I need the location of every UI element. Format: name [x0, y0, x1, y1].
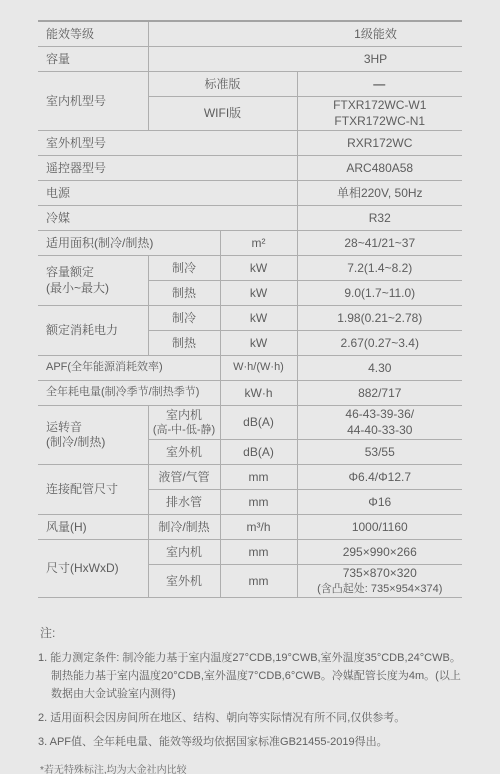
rated-capacity-cooling-unit: kW [220, 256, 297, 281]
rated-capacity-heating-value: 9.0(1.7~11.0) [297, 281, 462, 306]
applicable-area-value: 28~41/21~37 [297, 231, 462, 256]
row-power-supply: 电源 单相220V, 50Hz [38, 181, 462, 206]
rated-capacity-label-line1: 容量额定 [46, 265, 144, 281]
power-supply-value: 单相220V, 50Hz [297, 181, 462, 206]
apf-label: APF(全年能源消耗效率) [38, 356, 220, 381]
rated-power-cooling-label: 制冷 [148, 306, 220, 331]
indoor-model-standard-value: — [297, 72, 462, 97]
refrigerant-value: R32 [297, 206, 462, 231]
rated-power-heating-value: 2.67(0.27~3.4) [297, 331, 462, 356]
energy-rating-value-cell: 1级能效 [148, 21, 462, 47]
airflow-label: 风量(H) [38, 515, 148, 540]
dimensions-indoor-unit: mm [220, 540, 297, 565]
note-item-1: 1. 能力测定条件: 制冷能力基于室内温度27°CDB,19°CWB,室外温度3… [38, 650, 462, 703]
rated-power-cooling-value: 1.98(0.21~2.78) [297, 306, 462, 331]
indoor-model-label: 室内机型号 [38, 72, 148, 131]
noise-outdoor-unit: dB(A) [220, 440, 297, 465]
applicable-area-label: 适用面积(制冷/制热) [38, 231, 220, 256]
note-item-3: 3. APF值、全年耗电量、能效等级均依据国家标准GB21455-2019得出。 [38, 734, 462, 752]
row-remote-controller: 遥控器型号 ARC480A58 [38, 156, 462, 181]
notes-title: 注: [40, 624, 462, 641]
rated-capacity-cooling-label: 制冷 [148, 256, 220, 281]
remote-controller-label: 遥控器型号 [38, 156, 297, 181]
indoor-model-wifi-value: FTXR172WC-W1 FTXR172WC-N1 [297, 97, 462, 131]
energy-rating-label: 能效等级 [38, 21, 148, 47]
rated-power-label: 额定消耗电力 [38, 306, 148, 356]
remote-controller-value: ARC480A58 [297, 156, 462, 181]
annual-energy-label: 全年耗电量(制冷季节/制热季节) [38, 381, 220, 406]
dimensions-outdoor-unit: mm [220, 565, 297, 598]
row-dimensions-indoor: 尺寸(HxWxD) 室内机 mm 295×990×266 [38, 540, 462, 565]
rated-power-cooling-unit: kW [220, 306, 297, 331]
capacity-value: 3HP [293, 52, 458, 67]
apf-unit: W·h/(W·h) [220, 356, 297, 381]
indoor-model-wifi-value-line1: FTXR172WC-W1 [302, 98, 459, 114]
outdoor-model-label: 室外机型号 [38, 131, 297, 156]
noise-indoor-value-line1: 46-43-39-36/ [302, 407, 459, 423]
row-airflow: 风量(H) 制冷/制热 m³/h 1000/1160 [38, 515, 462, 540]
notes-footnote: *若无特殊标注,均为大金社内比较 [38, 761, 462, 774]
noise-label-line2: (制冷/制热) [46, 435, 144, 451]
row-indoor-model-standard: 室内机型号 标准版 — [38, 72, 462, 97]
annual-energy-value: 882/717 [297, 381, 462, 406]
energy-rating-value: 1级能效 [293, 27, 458, 42]
rated-capacity-heating-unit: kW [220, 281, 297, 306]
noise-indoor-value: 46-43-39-36/ 44-40-33-30 [297, 406, 462, 440]
notes-section: 注: 1. 能力测定条件: 制冷能力基于室内温度27°CDB,19°CWB,室外… [38, 624, 462, 774]
outdoor-model-value: RXR172WC [297, 131, 462, 156]
row-annual-energy: 全年耗电量(制冷季节/制热季节) kW·h 882/717 [38, 381, 462, 406]
airflow-unit: m³/h [220, 515, 297, 540]
refrigerant-label: 冷媒 [38, 206, 297, 231]
spec-table: 能效等级 1级能效 容量 3HP 室内机型号 标准版 — WIFI版 FTXR1… [38, 20, 462, 598]
rated-capacity-heating-label: 制热 [148, 281, 220, 306]
row-noise-indoor: 运转音 (制冷/制热) 室内机 (高-中-低-静) dB(A) 46-43-39… [38, 406, 462, 440]
row-apf: APF(全年能源消耗效率) W·h/(W·h) 4.30 [38, 356, 462, 381]
row-outdoor-model: 室外机型号 RXR172WC [38, 131, 462, 156]
rated-capacity-cooling-value: 7.2(1.4~8.2) [297, 256, 462, 281]
piping-label: 连接配管尺寸 [38, 465, 148, 515]
piping-liquid-gas-value: Φ6.4/Φ12.7 [297, 465, 462, 490]
piping-liquid-gas-label: 液管/气管 [148, 465, 220, 490]
dimensions-outdoor-label: 室外机 [148, 565, 220, 598]
note-item-2: 2. 适用面积会因房间所在地区、结构、朝向等实际情况有所不同,仅供参考。 [38, 710, 462, 728]
row-refrigerant: 冷媒 R32 [38, 206, 462, 231]
rated-power-heating-label: 制热 [148, 331, 220, 356]
row-applicable-area: 适用面积(制冷/制热) m² 28~41/21~37 [38, 231, 462, 256]
rated-power-heating-unit: kW [220, 331, 297, 356]
indoor-model-wifi-value-line2: FTXR172WC-N1 [302, 114, 459, 130]
capacity-label: 容量 [38, 47, 148, 72]
applicable-area-unit: m² [220, 231, 297, 256]
noise-indoor-label-line2: (高-中-低-静) [153, 423, 216, 437]
row-rated-power-cooling: 额定消耗电力 制冷 kW 1.98(0.21~2.78) [38, 306, 462, 331]
piping-drain-value: Φ16 [297, 490, 462, 515]
dimensions-outdoor-value-line2: (含凸起处: 735×954×374) [302, 582, 459, 596]
indoor-model-wifi-label: WIFI版 [148, 97, 297, 131]
capacity-value-cell: 3HP [148, 47, 462, 72]
spec-sheet-page: 能效等级 1级能效 容量 3HP 室内机型号 标准版 — WIFI版 FTXR1… [0, 0, 500, 774]
rated-capacity-label-line2: (最小~最大) [46, 281, 144, 297]
airflow-mode-label: 制冷/制热 [148, 515, 220, 540]
annual-energy-unit: kW·h [220, 381, 297, 406]
noise-label: 运转音 (制冷/制热) [38, 406, 148, 465]
noise-label-line1: 运转音 [46, 420, 144, 436]
piping-drain-unit: mm [220, 490, 297, 515]
noise-indoor-unit: dB(A) [220, 406, 297, 440]
noise-outdoor-value: 53/55 [297, 440, 462, 465]
airflow-value: 1000/1160 [297, 515, 462, 540]
row-energy-rating: 能效等级 1级能效 [38, 21, 462, 47]
noise-outdoor-label: 室外机 [148, 440, 220, 465]
dimensions-outdoor-value-line1: 735×870×320 [302, 566, 459, 582]
indoor-model-standard-label: 标准版 [148, 72, 297, 97]
rated-capacity-label: 容量额定 (最小~最大) [38, 256, 148, 306]
noise-indoor-label: 室内机 (高-中-低-静) [148, 406, 220, 440]
piping-drain-label: 排水管 [148, 490, 220, 515]
noise-indoor-value-line2: 44-40-33-30 [302, 423, 459, 439]
piping-liquid-gas-unit: mm [220, 465, 297, 490]
row-capacity: 容量 3HP [38, 47, 462, 72]
power-supply-label: 电源 [38, 181, 297, 206]
dimensions-label: 尺寸(HxWxD) [38, 540, 148, 598]
dimensions-outdoor-value: 735×870×320 (含凸起处: 735×954×374) [297, 565, 462, 598]
noise-indoor-label-line1: 室内机 [153, 408, 216, 424]
apf-value: 4.30 [297, 356, 462, 381]
row-piping-liquid-gas: 连接配管尺寸 液管/气管 mm Φ6.4/Φ12.7 [38, 465, 462, 490]
dimensions-indoor-label: 室内机 [148, 540, 220, 565]
dimensions-indoor-value: 295×990×266 [297, 540, 462, 565]
row-rated-capacity-cooling: 容量额定 (最小~最大) 制冷 kW 7.2(1.4~8.2) [38, 256, 462, 281]
